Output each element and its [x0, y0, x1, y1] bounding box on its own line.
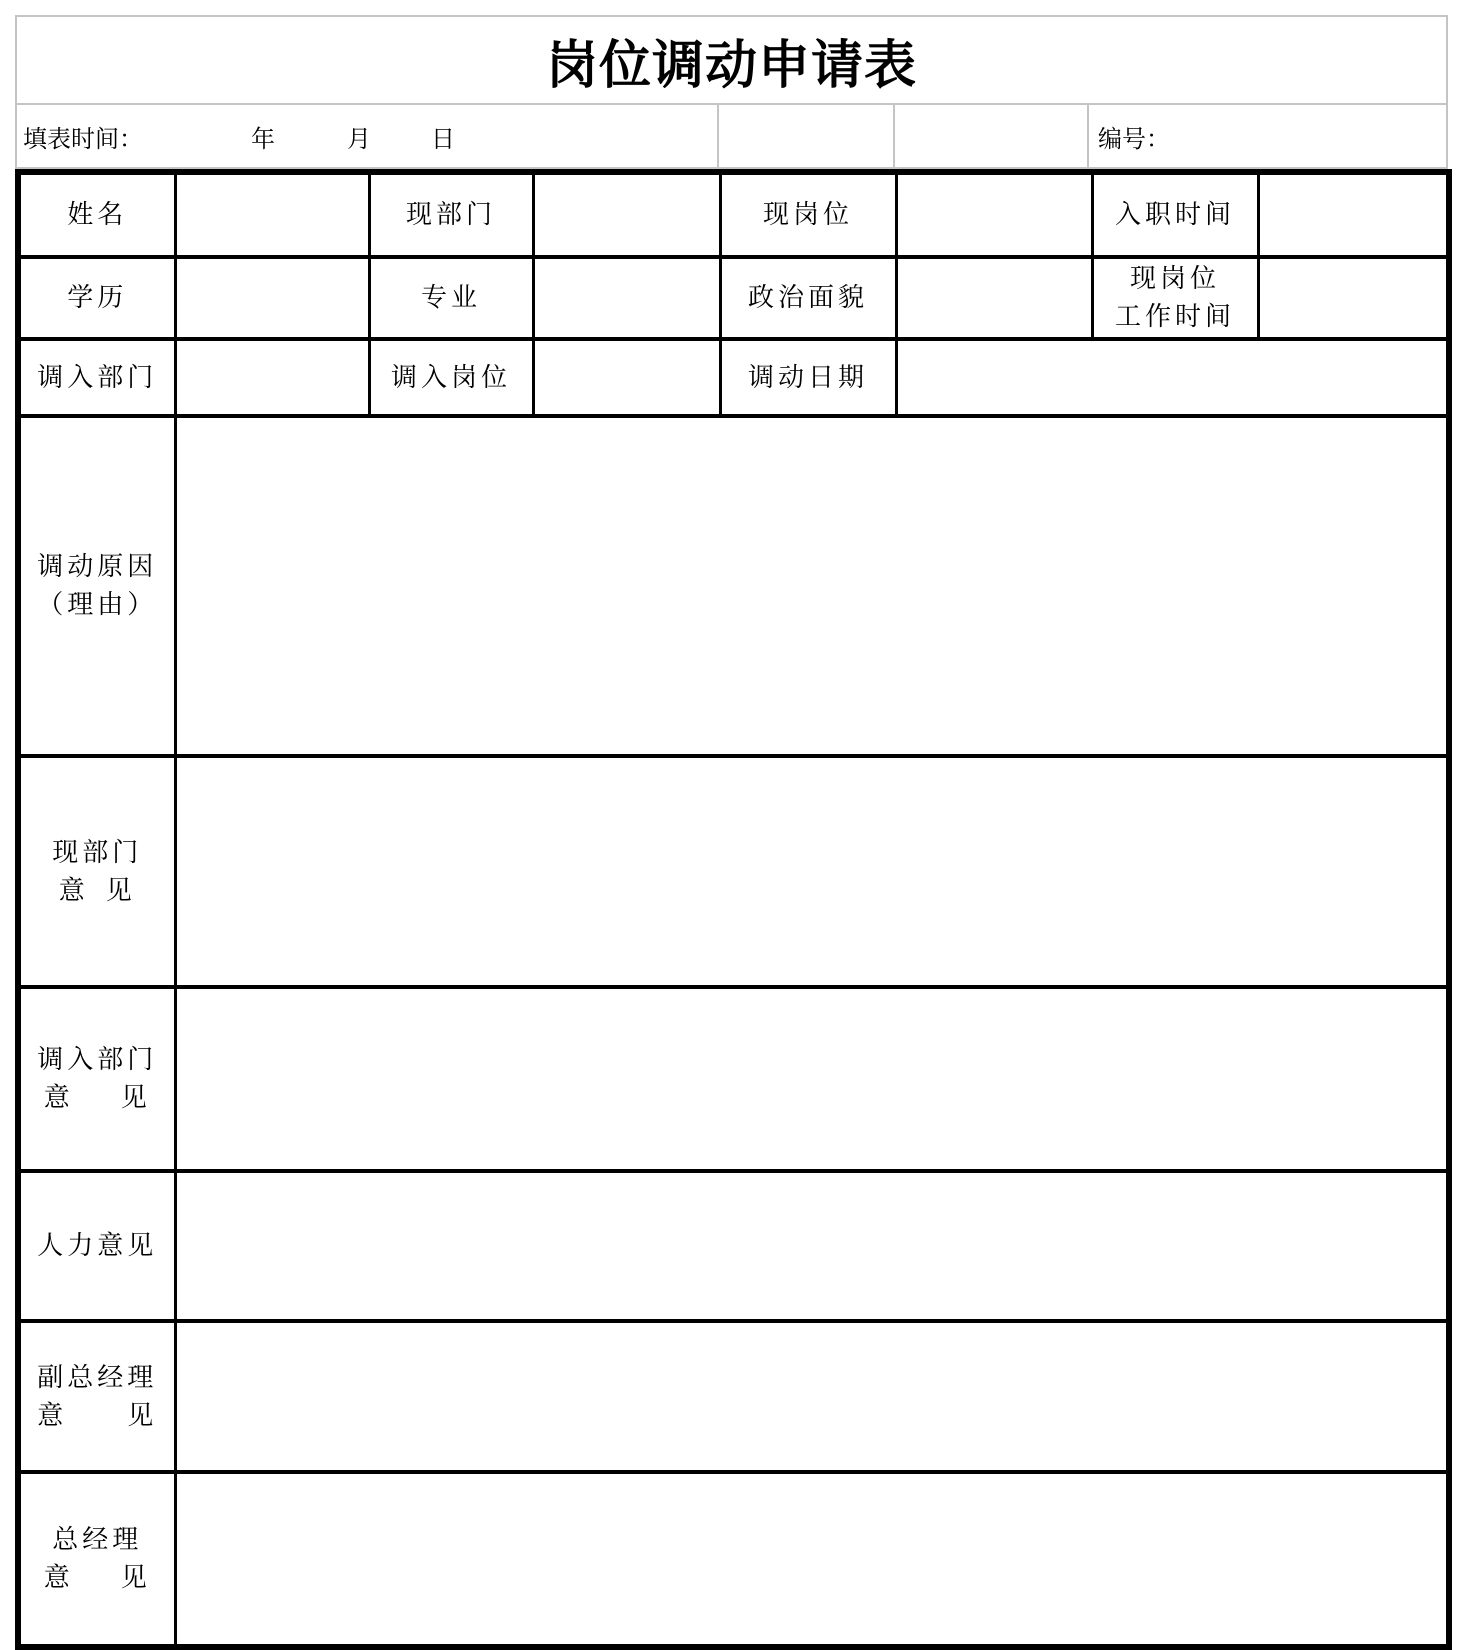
- table-row: 学历 专业 政治面貌 现岗位 工作时间: [18, 257, 1449, 339]
- name-value-cell[interactable]: [175, 172, 369, 257]
- current-position-label: 现岗位: [720, 172, 896, 257]
- serial-number-label: 编号：: [1088, 104, 1447, 168]
- education-value-cell[interactable]: [175, 257, 369, 339]
- title-row: 岗位调动申请表: [16, 16, 1447, 104]
- transfer-reason-label: 调动原因 （理由）: [18, 416, 175, 756]
- transfer-date-value-cell[interactable]: [896, 339, 1449, 416]
- current-position-value-cell[interactable]: [896, 172, 1092, 257]
- hire-date-label: 入职时间: [1092, 172, 1258, 257]
- table-row: 人力意见: [18, 1171, 1449, 1321]
- gm-opinion-label: 总经理 意 见: [18, 1472, 175, 1647]
- table-row: 调入部门 调入岗位 调动日期: [18, 339, 1449, 416]
- table-row: 现部门 意 见: [18, 756, 1449, 987]
- table-row: 姓名 现部门 现岗位 入职时间: [18, 172, 1449, 257]
- hire-date-value-cell[interactable]: [1258, 172, 1449, 257]
- table-row: 调入部门 意 见: [18, 987, 1449, 1171]
- form-body: 姓名 现部门 现岗位 入职时间 学历 专业 政治面貌 现岗位 工作时间 调入部门…: [15, 169, 1452, 1650]
- table-row: 副总经理 意 见: [18, 1321, 1449, 1472]
- education-label: 学历: [18, 257, 175, 339]
- transfer-application-form: 岗位调动申请表 填表时间： 年 月 日 编号： 姓名 现部门 现岗位 入职时间 …: [0, 0, 1460, 1644]
- transfer-in-position-value-cell[interactable]: [533, 339, 720, 416]
- transfer-date-label: 调动日期: [720, 339, 896, 416]
- gm-opinion-input-area[interactable]: [175, 1472, 1449, 1647]
- meta-blank-cell-1[interactable]: [718, 104, 894, 168]
- current-department-label: 现部门: [369, 172, 533, 257]
- political-status-value-cell[interactable]: [896, 257, 1092, 339]
- current-department-value-cell[interactable]: [533, 172, 720, 257]
- fill-date-label: 填表时间： 年 月 日: [16, 104, 718, 168]
- current-dept-opinion-input-area[interactable]: [175, 756, 1449, 987]
- deputy-gm-opinion-input-area[interactable]: [175, 1321, 1449, 1472]
- major-value-cell[interactable]: [533, 257, 720, 339]
- form-header: 岗位调动申请表 填表时间： 年 月 日 编号：: [15, 15, 1448, 169]
- deputy-gm-opinion-label: 副总经理 意 见: [18, 1321, 175, 1472]
- political-status-label: 政治面貌: [720, 257, 896, 339]
- hr-opinion-input-area[interactable]: [175, 1171, 1449, 1321]
- transfer-in-department-label: 调入部门: [18, 339, 175, 416]
- table-row: 总经理 意 见: [18, 1472, 1449, 1647]
- transfer-in-department-value-cell[interactable]: [175, 339, 369, 416]
- name-label: 姓名: [18, 172, 175, 257]
- transfer-reason-input-area[interactable]: [175, 416, 1449, 756]
- meta-row: 填表时间： 年 月 日 编号：: [16, 104, 1447, 168]
- current-position-tenure-value-cell[interactable]: [1258, 257, 1449, 339]
- hr-opinion-label: 人力意见: [18, 1171, 175, 1321]
- page-title: 岗位调动申请表: [16, 16, 1447, 104]
- meta-blank-cell-2[interactable]: [894, 104, 1088, 168]
- new-dept-opinion-label: 调入部门 意 见: [18, 987, 175, 1171]
- current-position-tenure-label: 现岗位 工作时间: [1092, 257, 1258, 339]
- table-row: 调动原因 （理由）: [18, 416, 1449, 756]
- current-dept-opinion-label: 现部门 意 见: [18, 756, 175, 987]
- major-label: 专业: [369, 257, 533, 339]
- new-dept-opinion-input-area[interactable]: [175, 987, 1449, 1171]
- transfer-in-position-label: 调入岗位: [369, 339, 533, 416]
